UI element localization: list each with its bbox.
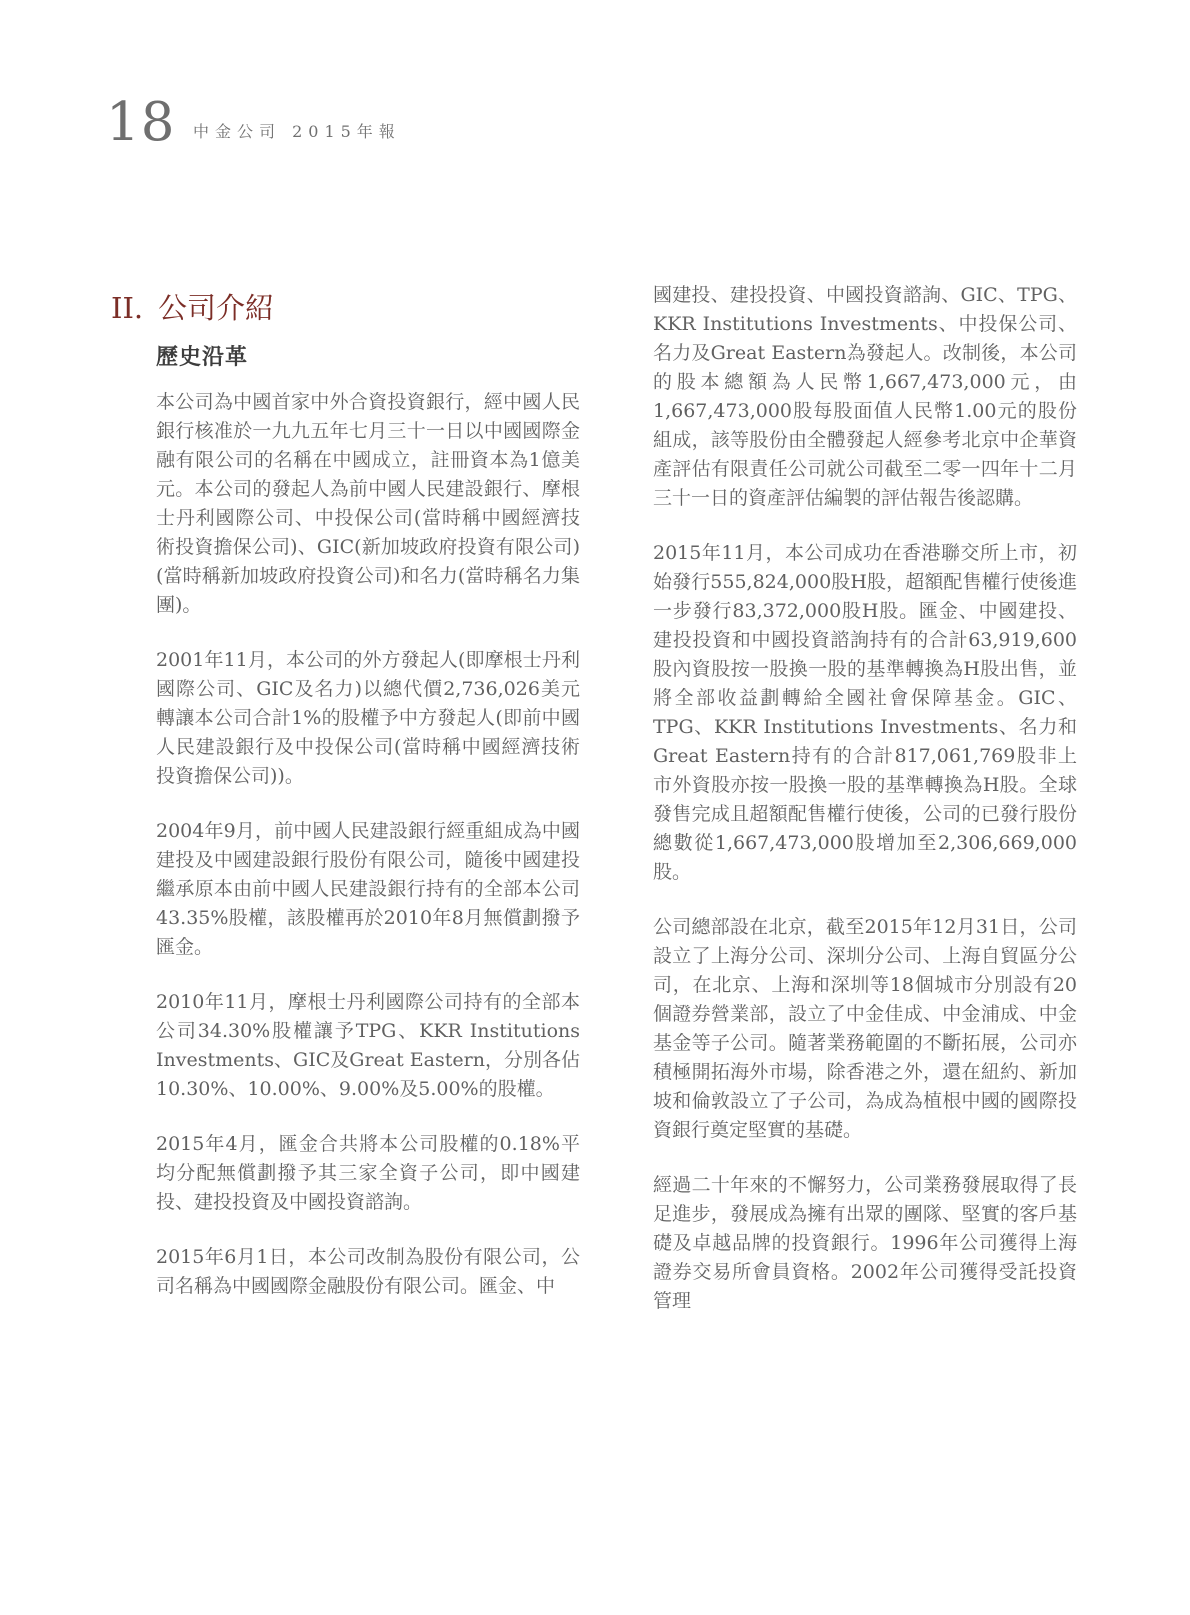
paragraph: 本公司為中國首家中外合資投資銀行，經中國人民銀行核准於一九九五年七月三十一日以中…	[156, 388, 580, 620]
annual-report-page: 18 中金公司 2015年報 II.公司介紹 歷史沿革 本公司為中國首家中外合資…	[0, 0, 1190, 1615]
section-title: 公司介紹	[158, 291, 274, 325]
section-heading: II.公司介紹	[111, 286, 274, 327]
paragraph: 經過二十年來的不懈努力，公司業務發展取得了長足進步，發展成為擁有出眾的團隊、堅實…	[653, 1171, 1077, 1316]
left-text-column: 本公司為中國首家中外合資投資銀行，經中國人民銀行核准於一九九五年七月三十一日以中…	[156, 388, 580, 1301]
paragraph: 2001年11月，本公司的外方發起人(即摩根士丹利國際公司、GIC及名力)以總代…	[156, 646, 580, 791]
paragraph: 2004年9月，前中國人民建設銀行經重組成為中國建投及中國建設銀行股份有限公司，…	[156, 817, 580, 962]
section-numeral: II.	[111, 291, 158, 325]
paragraph: 公司總部設在北京，截至2015年12月31日，公司設立了上海分公司、深圳分公司、…	[653, 913, 1077, 1145]
paragraph: 2010年11月，摩根士丹利國際公司持有的全部本公司34.30%股權讓予TPG、…	[156, 988, 580, 1104]
page-number: 18	[106, 92, 175, 153]
subsection-title: 歷史沿革	[156, 340, 248, 371]
paragraph: 國建投、建投投資、中國投資諮詢、GIC、TPG、KKR Institutions…	[653, 281, 1077, 513]
right-text-column: 國建投、建投投資、中國投資諮詢、GIC、TPG、KKR Institutions…	[653, 281, 1077, 1316]
paragraph: 2015年6月1日，本公司改制為股份有限公司，公司名稱為中國國際金融股份有限公司…	[156, 1243, 580, 1301]
paragraph: 2015年11月，本公司成功在香港聯交所上市，初始發行555,824,000股H…	[653, 539, 1077, 887]
paragraph: 2015年4月，匯金合共將本公司股權的0.18%平均分配無償劃撥予其三家全資子公…	[156, 1130, 580, 1217]
report-header-title: 中金公司 2015年報	[193, 119, 401, 142]
